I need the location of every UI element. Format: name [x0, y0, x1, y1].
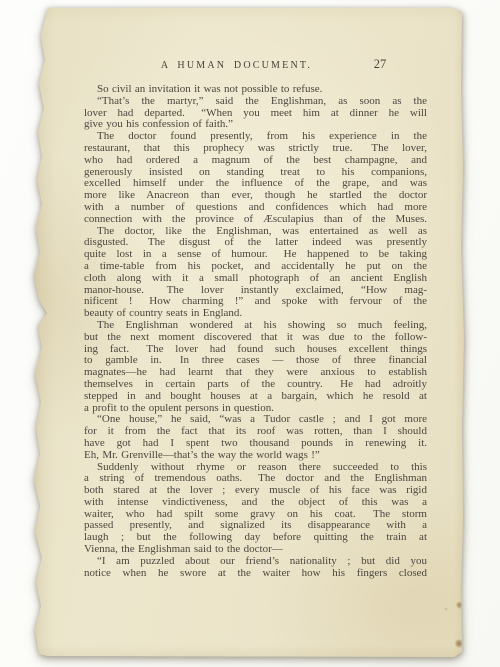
running-title: A HUMAN DOCUMENT. [65, 60, 408, 71]
text-line: connection with the province of Æsculapi… [84, 214, 427, 226]
text-line: themselves in certain parts of the count… [84, 379, 427, 391]
text-line: have got had I spent two thousand pounds… [84, 438, 427, 450]
scanner-background: A HUMAN DOCUMENT. 27 So civil an invitat… [0, 0, 500, 667]
paragraph: “One house,” he said, “was a Tudor castl… [84, 414, 427, 461]
page-paper: A HUMAN DOCUMENT. 27 So civil an invitat… [33, 8, 464, 657]
text-line: cloth along with it a small photograph o… [84, 273, 427, 285]
text-line: The Englishman wondered at his showing s… [84, 320, 427, 332]
text-line: with a number of questions and confidenc… [84, 202, 427, 214]
book-page: A HUMAN DOCUMENT. 27 So civil an invitat… [33, 8, 464, 657]
paragraph: The doctor found presently, from his exp… [84, 131, 427, 225]
paragraph: “I am puzzled about our friend’s nationa… [84, 556, 427, 580]
paragraph: “That’s the martyr,” said the Englishman… [84, 96, 427, 131]
text-line: a time-table from his pocket, and accide… [84, 261, 427, 273]
text-line: “I am puzzled about our friend’s nationa… [84, 556, 427, 568]
text-block: So civil an invitation it was not possib… [84, 84, 427, 579]
text-line: notice when he swore at the waiter how h… [84, 568, 427, 580]
text-line: who had ordered a magnum of the best cha… [84, 155, 427, 167]
paragraph: The Englishman wondered at his showing s… [84, 320, 427, 414]
text-line: but the next moment discovered that it w… [84, 332, 427, 344]
foxing-spot [456, 601, 463, 609]
text-line: “That’s the martyr,” said the Englishman… [84, 96, 427, 108]
paragraph: The doctor, like the Englishman, was ent… [84, 226, 427, 320]
page-number: 27 [360, 57, 400, 72]
text-line: stepped in and bought houses at a bargai… [84, 391, 427, 403]
text-line: restaurant, that this prophecy was stric… [84, 143, 427, 155]
paragraph: Suddenly without rhyme or reason there s… [84, 462, 427, 556]
foxing-spot [444, 607, 448, 611]
foxing-spot [455, 639, 463, 648]
text-line: Eh, Mr. Grenville—that’s the way the wor… [84, 450, 427, 462]
text-line: with intense vindictiveness, and the obj… [84, 497, 427, 509]
